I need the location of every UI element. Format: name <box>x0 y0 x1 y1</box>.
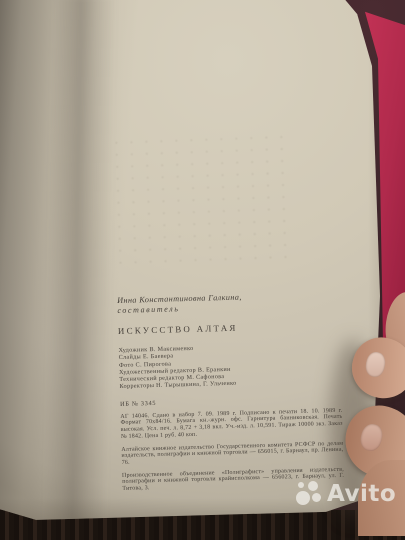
avito-wordmark: Avito <box>327 483 396 506</box>
photo-scene: Инна Константиновна Галкина, составитель… <box>0 0 405 540</box>
colophon-text-block: Инна Константиновна Галкина, составитель… <box>117 290 344 493</box>
credits-list: Художник В. Максименко Слайды Е. Баевера… <box>118 342 341 392</box>
avito-watermark: Avito <box>296 481 396 507</box>
imprint-publisher: Алтайское книжное издательство Государст… <box>121 440 343 466</box>
imprint-block: АГ 14046. Сдано в набор 7. 09. 1989 г. П… <box>120 408 344 493</box>
ib-number: ИБ № 3345 <box>120 395 342 408</box>
page-gutter-shadow <box>43 0 116 531</box>
imprint-print-data: АГ 14046. Сдано в набор 7. 09. 1989 г. П… <box>120 408 343 441</box>
page-showthrough-dots <box>109 131 289 272</box>
book-title: ИСКУССТВО АЛТАЯ <box>118 320 340 336</box>
avito-logo-icon <box>296 481 322 507</box>
